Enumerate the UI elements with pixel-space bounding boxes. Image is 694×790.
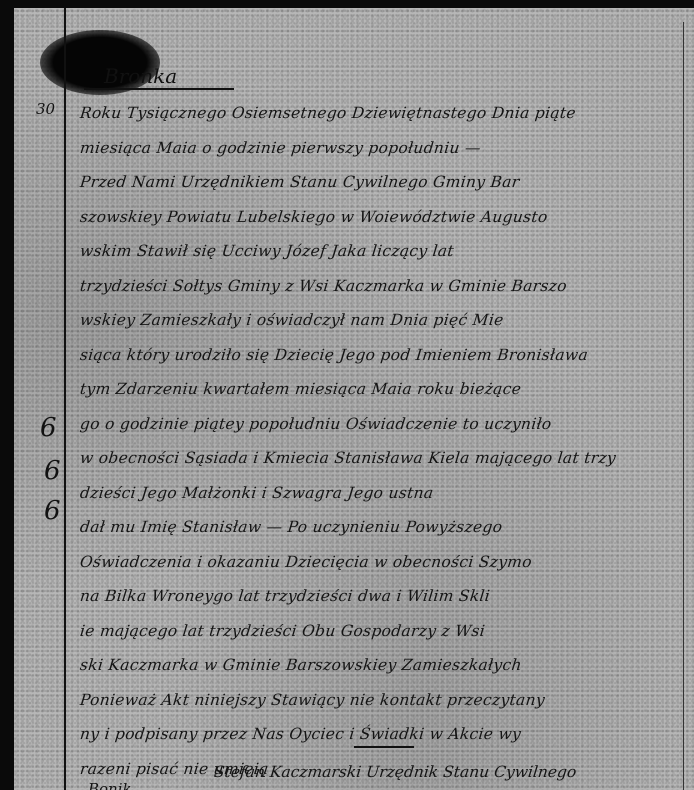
margin-mark: 6: [40, 413, 57, 443]
margin-line: [64, 8, 66, 790]
text-line: w obecności Sąsiada i Kmiecia Stanisława…: [78, 441, 682, 476]
text-line: go o godzinie piątey popołudniu Oświadcz…: [78, 407, 682, 442]
text-line: Przed Nami Urzędnikiem Stanu Cywilnego G…: [78, 165, 682, 200]
document-page: Bronka 30 6 6 6 Roku Tysiącznego Osiemse…: [14, 8, 694, 790]
record-body: Roku Tysiącznego Osiemsetnego Dziewiętna…: [80, 96, 680, 786]
text-line: na Bilka Wroneygo lat trzydzieści dwa i …: [78, 579, 682, 614]
text-line: trzydzieści Sołtys Gminy z Wsi Kaczmarka…: [78, 269, 682, 304]
text-line: wskim Stawił się Ucciwy Józef Jaka liczą…: [78, 234, 682, 269]
text-line: Ponieważ Akt niniejszy Stawiący nie kont…: [78, 683, 682, 718]
next-entry-fragment: Bonik: [88, 780, 132, 790]
margin-mark: 6: [44, 456, 61, 486]
text-line: wskiey Zamieszkały i oświadczył nam Dnia…: [78, 303, 682, 338]
text-line: ski Kaczmarka w Gminie Barszowskiey Zami…: [78, 648, 682, 683]
registrar-signature: Stefan Kaczmarski Urzędnik Stanu Cywilne…: [213, 763, 577, 781]
text-line: Roku Tysiącznego Osiemsetnego Dziewiętna…: [78, 96, 682, 131]
text-line: ie mającego lat trzydzieści Obu Gospodar…: [78, 614, 682, 649]
text-line: szowskiey Powiatu Lubelskiego w Woiewódz…: [78, 200, 682, 235]
text-line: Oświadczenia i okazaniu Dziecięcia w obe…: [78, 545, 682, 580]
closing-rule: [354, 746, 414, 748]
text-line: miesiąca Maia o godzinie pierwszy popołu…: [78, 131, 682, 166]
entry-number: 30: [36, 100, 55, 118]
text-line: dzieści Jego Małżonki i Szwagra Jego ust…: [78, 476, 682, 511]
scan-left-border: [0, 0, 14, 790]
margin-mark: 6: [44, 496, 61, 526]
record-title: Bronka: [104, 64, 177, 88]
text-line: tym Zdarzeniu kwartałem miesiąca Maia ro…: [78, 372, 682, 407]
text-line: dał mu Imię Stanisław — Po uczynieniu Po…: [78, 510, 682, 545]
text-line: siąca który urodziło się Dziecię Jego po…: [78, 338, 682, 373]
right-margin-line: [683, 22, 684, 790]
title-underline: [84, 88, 234, 90]
